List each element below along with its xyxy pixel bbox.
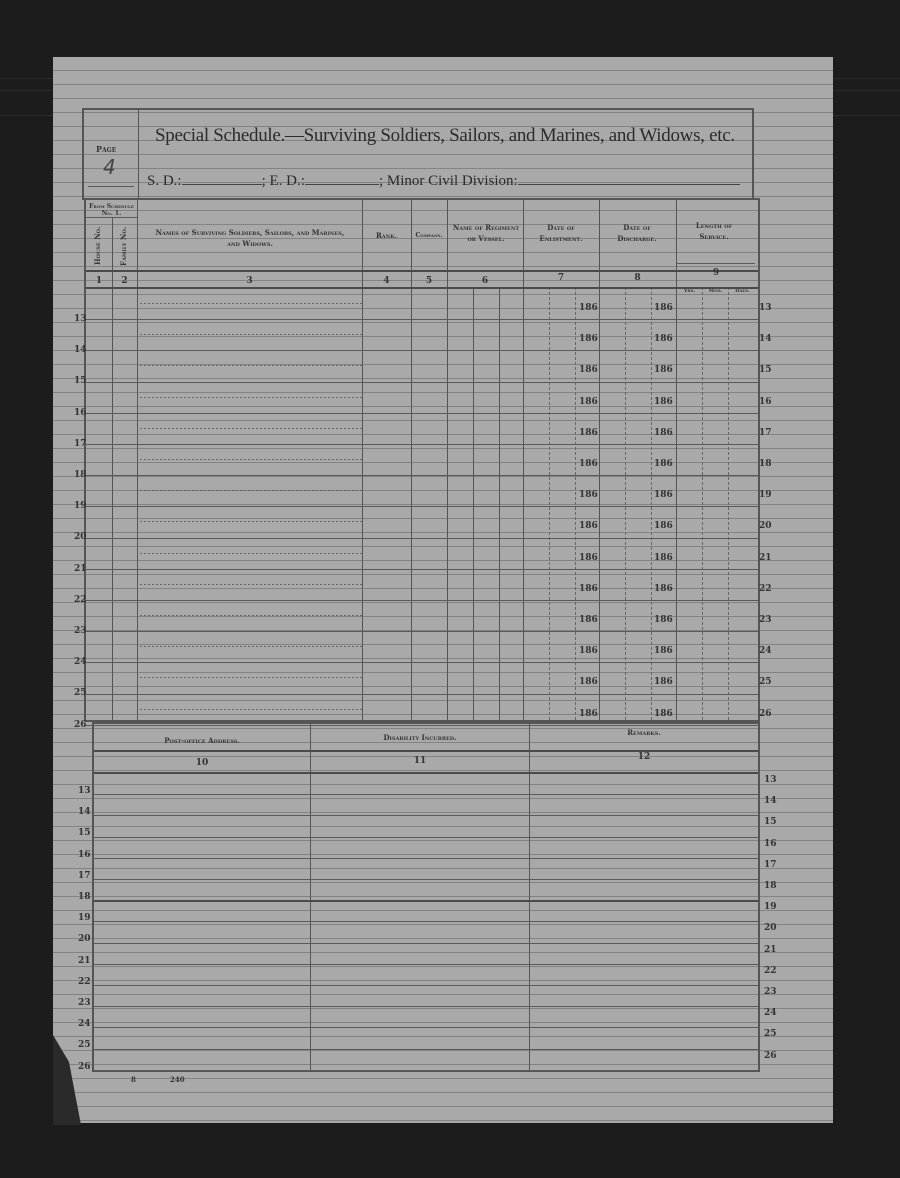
row-number-right: 19 <box>764 902 777 912</box>
row-number-left: 24 <box>74 657 87 667</box>
enlistment-year-prefix: 186 <box>579 397 598 407</box>
row-number-left: 13 <box>78 786 91 796</box>
enlistment-year-prefix: 186 <box>579 303 598 313</box>
address-entry-cell[interactable] <box>94 943 758 964</box>
row-number-left: 23 <box>74 626 87 636</box>
discharge-year-prefix: 186 <box>654 303 673 313</box>
col-header-remarks: Remarks. <box>530 727 758 738</box>
enlistment-year-prefix: 186 <box>579 584 598 594</box>
row-number-left: 21 <box>78 956 91 966</box>
row-number-right: 13 <box>764 775 777 785</box>
row-number-right: 13 <box>759 303 772 313</box>
name-entry-cell[interactable] <box>137 600 362 631</box>
address-entry-cell[interactable] <box>94 815 758 836</box>
col-header-discharge: Date of Discharge. <box>606 222 668 244</box>
name-entry-cell[interactable] <box>137 538 362 569</box>
row-number-left: 14 <box>74 345 87 355</box>
address-entry-cell[interactable] <box>94 1006 758 1027</box>
discharge-year-prefix: 186 <box>654 677 673 687</box>
enlistment-year-prefix: 186 <box>579 365 598 375</box>
enlistment-year-prefix: 186 <box>579 490 598 500</box>
col-num-12: 12 <box>530 752 758 762</box>
col-num-7: 7 <box>523 273 599 283</box>
row-number-left: 26 <box>78 1062 91 1072</box>
row-number-left: 23 <box>78 998 91 1008</box>
col-header-house-no: House No. <box>92 226 103 266</box>
row-number-left: 15 <box>78 828 91 838</box>
col-header-company: Company. <box>411 230 447 241</box>
col-num-5: 5 <box>411 276 447 286</box>
name-entry-cell[interactable] <box>137 569 362 600</box>
name-entry-cell[interactable] <box>137 413 362 444</box>
name-entry-cell[interactable] <box>137 288 362 319</box>
name-entry-cell[interactable] <box>137 506 362 537</box>
col-header-regiment: Name of Regiment or Vessel. <box>449 222 523 244</box>
enlistment-year-prefix: 186 <box>579 615 598 625</box>
row-number-left: 22 <box>78 977 91 987</box>
col-num-9: 9 <box>676 268 756 278</box>
row-number-right: 22 <box>759 584 772 594</box>
row-number-left: 18 <box>78 892 91 902</box>
mcd-field[interactable] <box>518 172 740 185</box>
col-header-names: Names of Surviving Soldiers, Sailors, an… <box>150 227 350 249</box>
discharge-year-prefix: 186 <box>654 397 673 407</box>
enlistment-year-prefix: 186 <box>579 334 598 344</box>
page-number: 4 <box>103 155 116 179</box>
row-number-right: 26 <box>759 709 772 719</box>
row-number-right: 26 <box>764 1051 777 1061</box>
row-number-right: 14 <box>759 334 772 344</box>
row-number-right: 17 <box>759 428 772 438</box>
row-number-right: 23 <box>759 615 772 625</box>
row-number-left: 17 <box>78 871 91 881</box>
col-num-10: 10 <box>94 758 310 768</box>
name-entry-cell[interactable] <box>137 631 362 662</box>
sd-field[interactable] <box>182 172 262 185</box>
row-number-left: 15 <box>74 376 87 386</box>
row-number-left: 20 <box>78 934 91 944</box>
enlistment-year-prefix: 186 <box>579 553 598 563</box>
name-entry-cell[interactable] <box>137 444 362 475</box>
row-number-left: 17 <box>74 439 87 449</box>
row-number-left: 20 <box>74 532 87 542</box>
row-number-right: 21 <box>764 945 777 955</box>
row-number-left: 14 <box>78 807 91 817</box>
enlistment-year-prefix: 186 <box>579 646 598 656</box>
discharge-year-prefix: 186 <box>654 459 673 469</box>
row-number-right: 18 <box>759 459 772 469</box>
discharge-year-prefix: 186 <box>654 615 673 625</box>
row-number-left: 22 <box>74 595 87 605</box>
row-number-right: 20 <box>759 521 772 531</box>
address-entry-cell[interactable] <box>94 773 758 794</box>
row-number-right: 19 <box>759 490 772 500</box>
col-num-6: 6 <box>447 276 523 286</box>
col-header-family-no: Family No. <box>118 226 129 266</box>
discharge-year-prefix: 186 <box>654 584 673 594</box>
col-header-enlistment: Date of Enlistment. <box>530 222 592 244</box>
address-entry-cell[interactable] <box>94 1049 758 1070</box>
row-number-right: 21 <box>759 553 772 563</box>
row-number-left: 19 <box>78 913 91 923</box>
schedule-title: Special Schedule.—Surviving Soldiers, Sa… <box>155 125 735 147</box>
row-number-right: 25 <box>759 677 772 687</box>
row-number-left: 25 <box>74 688 87 698</box>
discharge-year-prefix: 186 <box>654 646 673 656</box>
row-number-left: 19 <box>74 501 87 511</box>
col-header-rank: Rank. <box>362 230 411 241</box>
footer-mark-right: 240 <box>170 1075 185 1084</box>
col-num-3: 3 <box>137 276 362 286</box>
col-header-length: Length of Service. <box>683 220 745 242</box>
col-num-1: 1 <box>86 276 112 286</box>
row-number-right: 18 <box>764 881 777 891</box>
row-number-right: 15 <box>764 817 777 827</box>
mcd-label: ; Minor Civil Division: <box>379 173 518 189</box>
address-entry-cell[interactable] <box>94 900 758 921</box>
col-num-8: 8 <box>599 273 676 283</box>
row-number-left: 13 <box>74 314 87 324</box>
discharge-year-prefix: 186 <box>654 490 673 500</box>
address-entry-cell[interactable] <box>94 964 758 985</box>
name-entry-cell[interactable] <box>137 694 362 725</box>
address-entry-cell[interactable] <box>94 858 758 879</box>
row-number-left: 16 <box>74 408 87 418</box>
row-number-left: 16 <box>78 850 91 860</box>
col-header-disability: Disability Incurred. <box>311 732 529 743</box>
address-entry-cell[interactable] <box>94 1027 758 1048</box>
address-entry-cell[interactable] <box>94 921 758 942</box>
discharge-year-prefix: 186 <box>654 334 673 344</box>
enlistment-year-prefix: 186 <box>579 428 598 438</box>
row-number-right: 15 <box>759 365 772 375</box>
discharge-year-prefix: 186 <box>654 521 673 531</box>
col-header-post-office: Post-office Address. <box>94 735 310 746</box>
col-num-4: 4 <box>362 276 411 286</box>
sd-label: S. D.: <box>147 173 182 189</box>
row-number-right: 25 <box>764 1029 777 1039</box>
discharge-year-prefix: 186 <box>654 709 673 719</box>
ed-field[interactable] <box>305 172 379 185</box>
footer-mark-left: 8 <box>131 1075 136 1084</box>
discharge-year-prefix: 186 <box>654 428 673 438</box>
row-number-right: 14 <box>764 796 777 806</box>
col-num-2: 2 <box>112 276 137 286</box>
name-entry-cell[interactable] <box>137 319 362 350</box>
row-number-right: 17 <box>764 860 777 870</box>
name-entry-cell[interactable] <box>137 350 362 381</box>
row-number-right: 24 <box>759 646 772 656</box>
row-number-right: 23 <box>764 987 777 997</box>
row-number-right: 24 <box>764 1008 777 1018</box>
enlistment-year-prefix: 186 <box>579 459 598 469</box>
address-entry-cell[interactable] <box>94 837 758 858</box>
page-label: Page <box>96 144 116 155</box>
col-num-11: 11 <box>311 756 529 766</box>
name-entry-cell[interactable] <box>137 382 362 413</box>
enlistment-year-prefix: 186 <box>579 521 598 531</box>
row-number-right: 22 <box>764 966 777 976</box>
location-line: S. D.:; E. D.:; Minor Civil Division: <box>147 172 740 190</box>
row-number-left: 18 <box>74 470 87 480</box>
enlistment-year-prefix: 186 <box>579 677 598 687</box>
address-entry-cell[interactable] <box>94 985 758 1006</box>
discharge-year-prefix: 186 <box>654 365 673 375</box>
name-entry-cell[interactable] <box>137 662 362 693</box>
row-number-left: 26 <box>74 720 87 730</box>
name-entry-cell[interactable] <box>137 475 362 506</box>
row-number-right: 16 <box>764 839 777 849</box>
address-entry-cell[interactable] <box>94 794 758 815</box>
from-schedule-label: From Schedule No. 1. <box>86 203 137 217</box>
enlistment-year-prefix: 186 <box>579 709 598 719</box>
ed-label: ; E. D.: <box>262 173 305 189</box>
row-number-right: 16 <box>759 397 772 407</box>
row-number-left: 21 <box>74 564 87 574</box>
row-number-left: 25 <box>78 1040 91 1050</box>
row-number-right: 20 <box>764 923 777 933</box>
row-number-left: 24 <box>78 1019 91 1029</box>
address-entry-cell[interactable] <box>94 879 758 900</box>
discharge-year-prefix: 186 <box>654 553 673 563</box>
